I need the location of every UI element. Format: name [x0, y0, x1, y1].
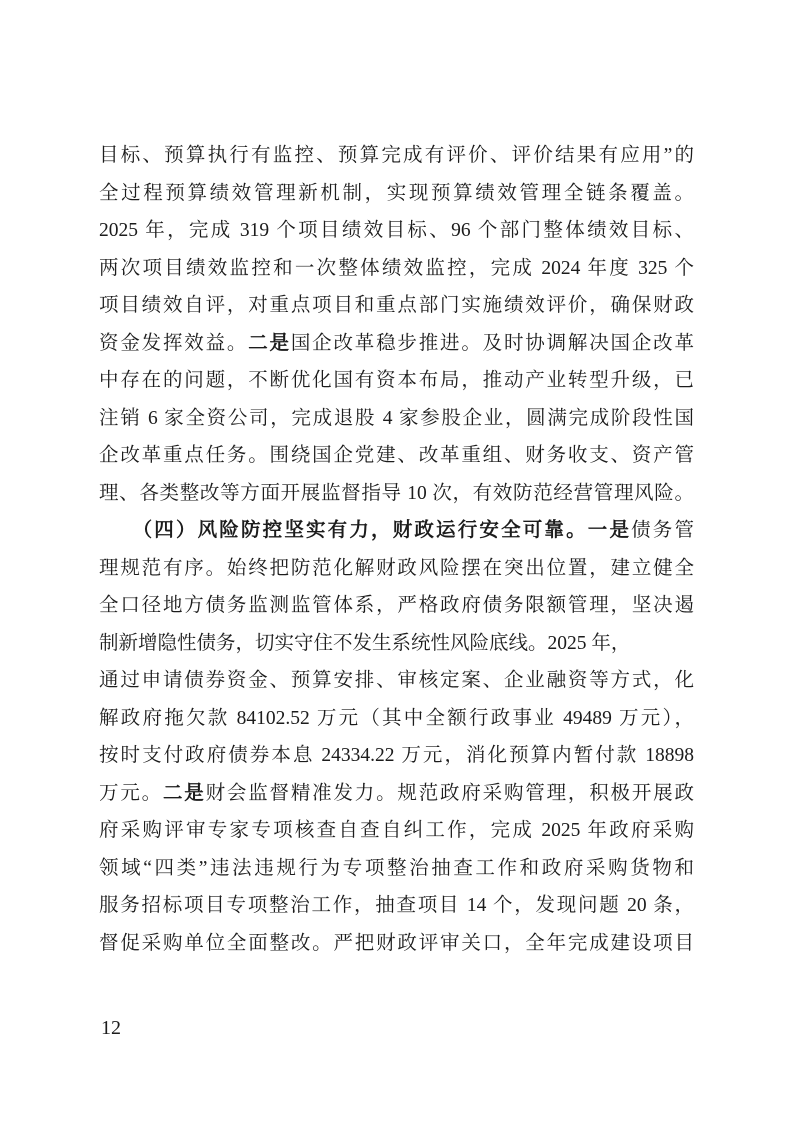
- text-segment: 债务管: [631, 520, 694, 541]
- text-segment: 项目绩效自评，对重点项目和重点部门实施绩效评价，确保财政: [99, 295, 694, 316]
- text-line: 中存在的问题，不断优化国有资本布局，推动产业转型升级，已: [99, 362, 694, 400]
- text-segment: 服务招标项目专项整治工作，抽查项目 14 个，发现问题 20 条，: [99, 895, 694, 916]
- text-segment: 两次项目绩效监控和一次整体绩效监控，完成 2024 年度 325 个: [99, 258, 694, 279]
- text-line: （四）风险防控坚实有力，财政运行安全可靠。一是债务管: [99, 512, 694, 550]
- text-segment: 目标、预算执行有监控、预算完成有评价、评价结果有应用”的: [99, 145, 694, 166]
- text-line: 万元。二是财会监督精准发力。规范政府采购管理，积极开展政: [99, 775, 694, 813]
- text-line: 制新增隐性债务，切实守住不发生系统性风险底线。2025 年，: [99, 625, 694, 663]
- text-segment: 中存在的问题，不断优化国有资本布局，推动产业转型升级，已: [99, 370, 694, 391]
- emphasis-text: 二是: [248, 333, 291, 354]
- text-segment: 财会监督精准发力。规范政府采购管理，积极开展政: [206, 783, 694, 804]
- text-line: 理、各类整改等方面开展监督指导 10 次，有效防范经营管理风险。: [99, 475, 694, 513]
- text-segment: 注销 6 家全资公司，完成退股 4 家参股企业，圆满完成阶段性国: [99, 408, 694, 429]
- text-segment: 府采购评审专家专项核查自查自纠工作，完成 2025 年政府采购: [99, 820, 694, 841]
- text-segment: 资金发挥效益。: [99, 333, 248, 354]
- text-line: 两次项目绩效监控和一次整体绩效监控，完成 2024 年度 325 个: [99, 250, 694, 288]
- text-segment: 全口径地方债务监测监管体系，严格政府债务限额管理，坚决遏: [99, 595, 694, 616]
- text-line: 按时支付政府债券本息 24334.22 万元，消化预算内暂付款 18898: [99, 737, 694, 775]
- paragraph: 目标、预算执行有监控、预算完成有评价、评价结果有应用”的全过程预算绩效管理新机制…: [99, 137, 694, 512]
- text-line: 通过申请债券资金、预算安排、审核定案、企业融资等方式，化: [99, 662, 694, 700]
- text-line: 理规范有序。始终把防范化解财政风险摆在突出位置，建立健全: [99, 550, 694, 588]
- text-line: 企改革重点任务。围绕国企党建、改革重组、财务收支、资产管: [99, 437, 694, 475]
- text-line: 目标、预算执行有监控、预算完成有评价、评价结果有应用”的: [99, 137, 694, 175]
- text-segment: [99, 520, 142, 541]
- text-segment: 全过程预算绩效管理新机制，实现预算绩效管理全链条覆盖。: [99, 183, 694, 204]
- text-segment: 理规范有序。始终把防范化解财政风险摆在突出位置，建立健全: [99, 558, 694, 579]
- text-line: 督促采购单位全面整改。严把财政评审关口，全年完成建设项目: [99, 925, 694, 963]
- emphasis-text: （四）风险防控坚实有力，财政运行安全可靠。一是: [142, 520, 631, 541]
- text-segment: 企改革重点任务。围绕国企党建、改革重组、财务收支、资产管: [99, 445, 694, 466]
- text-line: 资金发挥效益。二是国企改革稳步推进。及时协调解决国企改革: [99, 325, 694, 363]
- text-segment: 领域“四类”违法违规行为专项整治抽查工作和政府采购货物和: [99, 858, 694, 879]
- text-line: 注销 6 家全资公司，完成退股 4 家参股企业，圆满完成阶段性国: [99, 400, 694, 438]
- text-line: 服务招标项目专项整治工作，抽查项目 14 个，发现问题 20 条，: [99, 887, 694, 925]
- text-line: 全过程预算绩效管理新机制，实现预算绩效管理全链条覆盖。: [99, 175, 694, 213]
- text-segment: 理、各类整改等方面开展监督指导 10 次，有效防范经营管理风险。: [99, 483, 694, 504]
- text-line: 2025 年，完成 319 个项目绩效目标、96 个部门整体绩效目标、: [99, 212, 694, 250]
- text-segment: 督促采购单位全面整改。严把财政评审关口，全年完成建设项目: [99, 933, 694, 954]
- paragraph: （四）风险防控坚实有力，财政运行安全可靠。一是债务管理规范有序。始终把防范化解财…: [99, 512, 694, 962]
- text-segment: 制新增隐性债务，切实守住不发生系统性风险底线。2025 年，: [99, 633, 630, 654]
- text-segment: 万元。: [99, 783, 163, 804]
- text-segment: 通过申请债券资金、预算安排、审核定案、企业融资等方式，化: [99, 670, 694, 691]
- text-line: 领域“四类”违法违规行为专项整治抽查工作和政府采购货物和: [99, 850, 694, 888]
- text-line: 府采购评审专家专项核查自查自纠工作，完成 2025 年政府采购: [99, 812, 694, 850]
- text-segment: 按时支付政府债券本息 24334.22 万元，消化预算内暂付款 18898: [99, 745, 694, 766]
- text-line: 全口径地方债务监测监管体系，严格政府债务限额管理，坚决遏: [99, 587, 694, 625]
- text-segment: 2025 年，完成 319 个项目绩效目标、96 个部门整体绩效目标、: [99, 220, 694, 241]
- text-segment: 解政府拖欠款 84102.52 万元（其中全额行政事业 49489 万元），: [99, 708, 694, 729]
- text-line: 解政府拖欠款 84102.52 万元（其中全额行政事业 49489 万元），: [99, 700, 694, 738]
- page-number: 12: [101, 1014, 121, 1042]
- text-line: 项目绩效自评，对重点项目和重点部门实施绩效评价，确保财政: [99, 287, 694, 325]
- document-body: 目标、预算执行有监控、预算完成有评价、评价结果有应用”的全过程预算绩效管理新机制…: [99, 137, 694, 962]
- document-page: 目标、预算执行有监控、预算完成有评价、评价结果有应用”的全过程预算绩效管理新机制…: [0, 0, 793, 1122]
- emphasis-text: 二是: [163, 783, 206, 804]
- text-segment: 国企改革稳步推进。及时协调解决国企改革: [291, 333, 694, 354]
